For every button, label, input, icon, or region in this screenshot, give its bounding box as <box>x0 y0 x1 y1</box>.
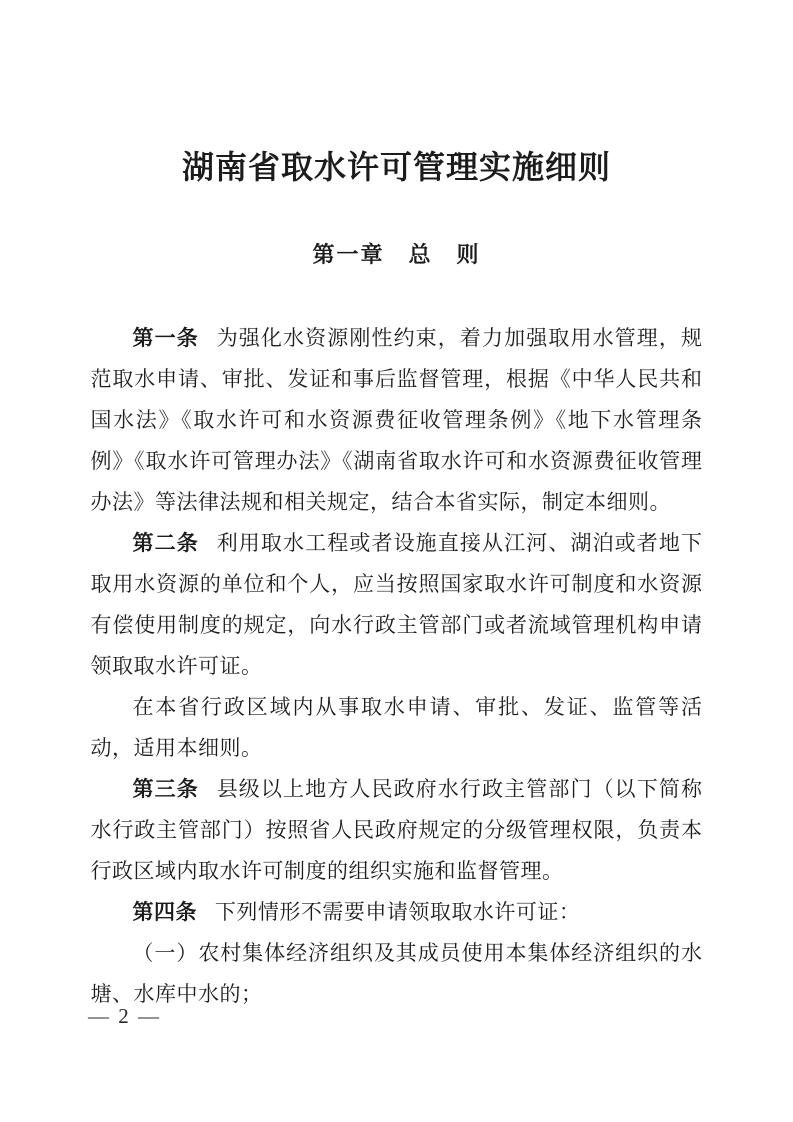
document-body: 第一条为强化水资源刚性约束，着力加强取用水管理，规范取水申请、审批、发证和事后监… <box>91 318 703 1015</box>
article-text: 为强化水资源刚性约束，着力加强取用水管理，规范取水申请、审批、发证和事后监督管理… <box>91 326 703 514</box>
document-title: 湖南省取水许可管理实施细则 <box>88 150 705 185</box>
article-paragraph: 第三条县级以上地方人民政府水行政主管部门（以下简称水行政主管部门）按照省人民政府… <box>91 769 703 892</box>
article-paragraph: 第一条为强化水资源刚性约束，着力加强取用水管理，规范取水申请、审批、发证和事后监… <box>91 318 703 523</box>
page-number: — 2 — <box>88 1004 161 1029</box>
chapter-heading: 第一章 总 则 <box>88 243 705 267</box>
article-label: 第一条 <box>133 327 199 350</box>
article-paragraph: （一）农村集体经济组织及其成员使用本集体经济组织的水塘、水库中水的； <box>91 933 703 1015</box>
article-text: （一）农村集体经济组织及其成员使用本集体经济组织的水塘、水库中水的； <box>91 941 703 1006</box>
article-paragraph: 第四条下列情形不需要申请领取取水许可证： <box>91 892 703 933</box>
article-text: 下列情形不需要申请领取取水许可证： <box>215 900 581 924</box>
article-label: 第四条 <box>133 901 198 924</box>
article-label: 第三条 <box>133 778 199 801</box>
article-label: 第二条 <box>133 532 199 555</box>
document-page: 湖南省取水许可管理实施细则 第一章 总 则 第一条为强化水资源刚性约束，着力加强… <box>0 0 793 1122</box>
article-paragraph: 第二条利用取水工程或者设施直接从江河、湖泊或者地下取用水资源的单位和个人，应当按… <box>91 523 703 687</box>
article-text: 在本省行政区域内从事取水申请、审批、发证、监管等活动，适用本细则。 <box>91 695 703 760</box>
article-paragraph: 在本省行政区域内从事取水申请、审批、发证、监管等活动，适用本细则。 <box>91 687 703 769</box>
